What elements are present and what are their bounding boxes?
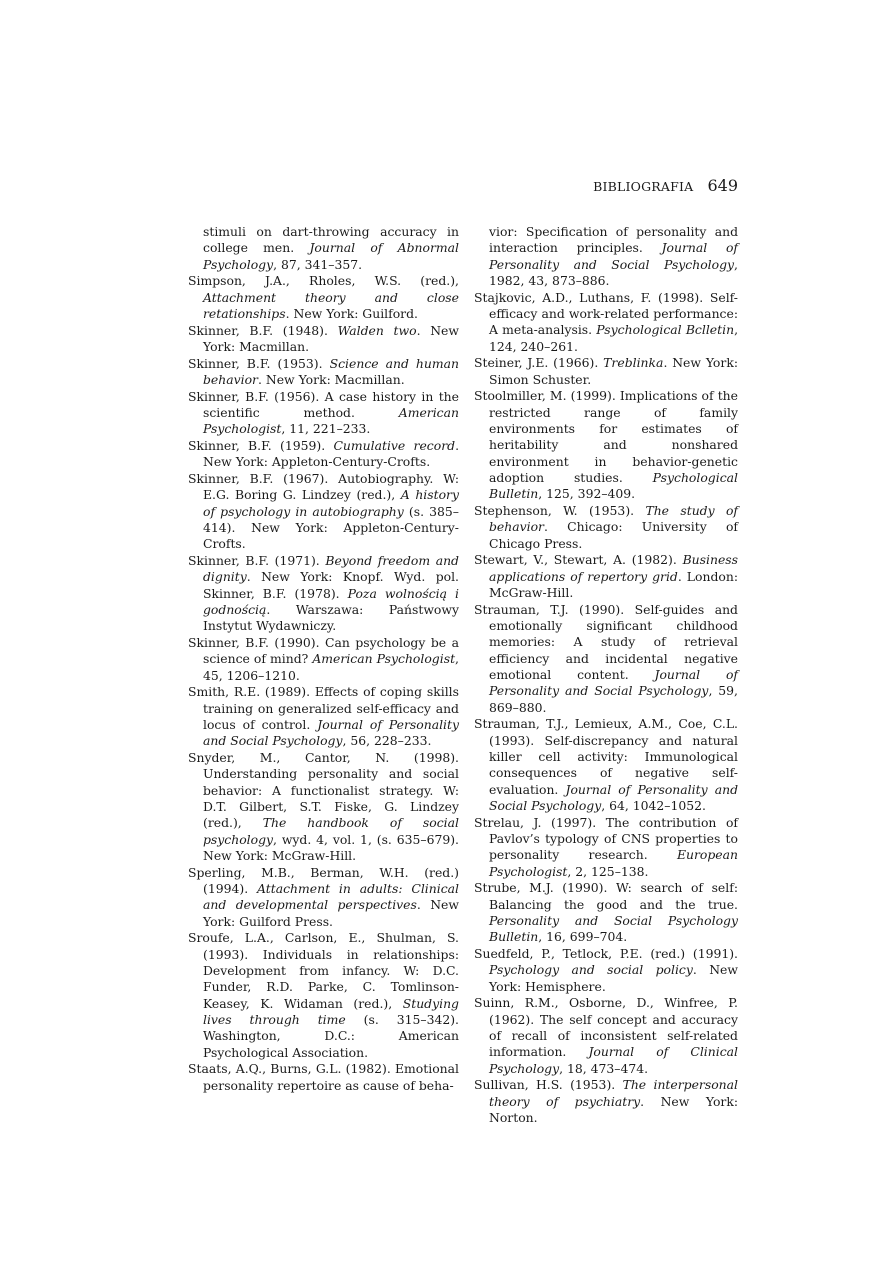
bibliography-entry: Strauman, T.J. (1990). Self-guides and e… <box>474 602 738 716</box>
bibliography-entry: Suedfeld, P., Tetlock, P.E. (red.) (1991… <box>474 946 738 995</box>
entry-text: Skinner, B.F. (1953). <box>188 356 330 371</box>
entry-title-italic: Psychological Bclletin <box>596 322 734 337</box>
entry-title-italic: Treblinka <box>603 355 663 370</box>
bibliography-entry: Sroufe, L.A., Carlson, E., Shulman, S. (… <box>188 930 459 1061</box>
entry-title-italic: Psychology and social policy <box>489 962 693 977</box>
entry-title-italic: Walden two <box>338 323 417 338</box>
entry-text: Simpson, J.A., Rholes, W.S. (red.), <box>188 273 459 288</box>
entry-text: , 16, 699–704. <box>538 929 627 944</box>
entry-text: Sullivan, H.S. (1953). <box>474 1077 623 1092</box>
entry-text: , 18, 473–474. <box>559 1061 648 1076</box>
bibliography-column-left: stimuli on dart-throwing accuracy in col… <box>188 224 459 1094</box>
bibliography-entry: Strube, M.J. (1990). W: search of self: … <box>474 880 738 945</box>
bibliography-entry: Stajkovic, A.D., Luthans, F. (1998). Sel… <box>474 290 738 355</box>
bibliography-entry: Skinner, B.F. (1967). Autobiography. W: … <box>188 471 459 553</box>
entry-text: Skinner, B.F. (1971). <box>188 553 325 568</box>
entry-text: , 56, 228–233. <box>342 733 431 748</box>
bibliography-entry: Skinner, B.F. (1971). Beyond freedom and… <box>188 553 459 635</box>
bibliography-entry: Skinner, B.F. (1948). Walden two. New Yo… <box>188 323 459 356</box>
entry-text: . New York: Guilford. <box>286 306 418 321</box>
bibliography-column-right: vior: Specification of personality and i… <box>474 224 738 1127</box>
entry-text: Steiner, J.E. (1966). <box>474 355 603 370</box>
bibliography-entry: Sullivan, H.S. (1953). The interpersonal… <box>474 1077 738 1126</box>
bibliography-entry: Staats, A.Q., Burns, G.L. (1982). Emotio… <box>188 1061 459 1094</box>
bibliography-entry: Suinn, R.M., Osborne, D., Winfree, P. (1… <box>474 995 738 1077</box>
entry-text: . New York: Macmillan. <box>258 372 405 387</box>
entry-text: Suedfeld, P., Tetlock, P.E. (red.) (1991… <box>474 946 738 961</box>
entry-text: Stephenson, W. (1953). <box>474 503 645 518</box>
entry-title-italic: Cumulative record <box>333 438 455 453</box>
entry-text: Strube, M.J. (1990). W: search of self: … <box>474 880 738 911</box>
entry-text: , 64, 1042–1052. <box>601 798 706 813</box>
bibliography-entry: Strelau, J. (1997). The contribution of … <box>474 815 738 880</box>
bibliography-entry: Steiner, J.E. (1966). Treblinka. New Yor… <box>474 355 738 388</box>
bibliography-entry-continued: stimuli on dart-throwing accuracy in col… <box>188 224 459 273</box>
bibliography-entry: Skinner, B.F. (1959). Cumulative record.… <box>188 438 459 471</box>
entry-text: , 2, 125–138. <box>567 864 648 879</box>
entry-title-italic: American Psychologist <box>312 651 455 666</box>
bibliography-entry-continued: vior: Specification of personality and i… <box>474 224 738 289</box>
entry-text: Staats, A.Q., Burns, G.L. (1982). Emotio… <box>188 1061 459 1092</box>
bibliography-entry: Smith, R.E. (1989). Effects of coping sk… <box>188 684 459 749</box>
bibliography-entry: Strauman, T.J., Lemieux, A.M., Coe, C.L.… <box>474 716 738 814</box>
entry-text: Skinner, B.F. (1959). <box>188 438 333 453</box>
page-header: BIBLIOGRAFIA 649 <box>470 176 738 195</box>
entry-text: , 11, 221–233. <box>281 421 370 436</box>
bibliography-entry: Snyder, M., Cantor, N. (1998). Understan… <box>188 750 459 864</box>
entry-text: , 125, 392–409. <box>538 486 635 501</box>
bibliography-entry: Stoolmiller, M. (1999). Implications of … <box>474 388 738 502</box>
bibliography-entry: Stewart, V., Stewart, A. (1982). Busines… <box>474 552 738 601</box>
entry-text: Skinner, B.F. (1948). <box>188 323 338 338</box>
entry-text: Stewart, V., Stewart, A. (1982). <box>474 552 683 567</box>
page-number: 649 <box>707 176 738 195</box>
entry-text: , 87, 341–357. <box>273 257 362 272</box>
bibliography-entry: Skinner, B.F. (1953). Science and human … <box>188 356 459 389</box>
bibliography-entry: Stephenson, W. (1953). The study of beha… <box>474 503 738 552</box>
bibliography-entry: Skinner, B.F. (1990). Can psychology be … <box>188 635 459 684</box>
bibliography-entry: Simpson, J.A., Rholes, W.S. (red.), Atta… <box>188 273 459 322</box>
bibliography-entry: Skinner, B.F. (1956). A case history in … <box>188 389 459 438</box>
bibliography-entry: Sperling, M.B., Berman, W.H. (red.) (199… <box>188 865 459 930</box>
running-head: BIBLIOGRAFIA <box>593 179 693 194</box>
